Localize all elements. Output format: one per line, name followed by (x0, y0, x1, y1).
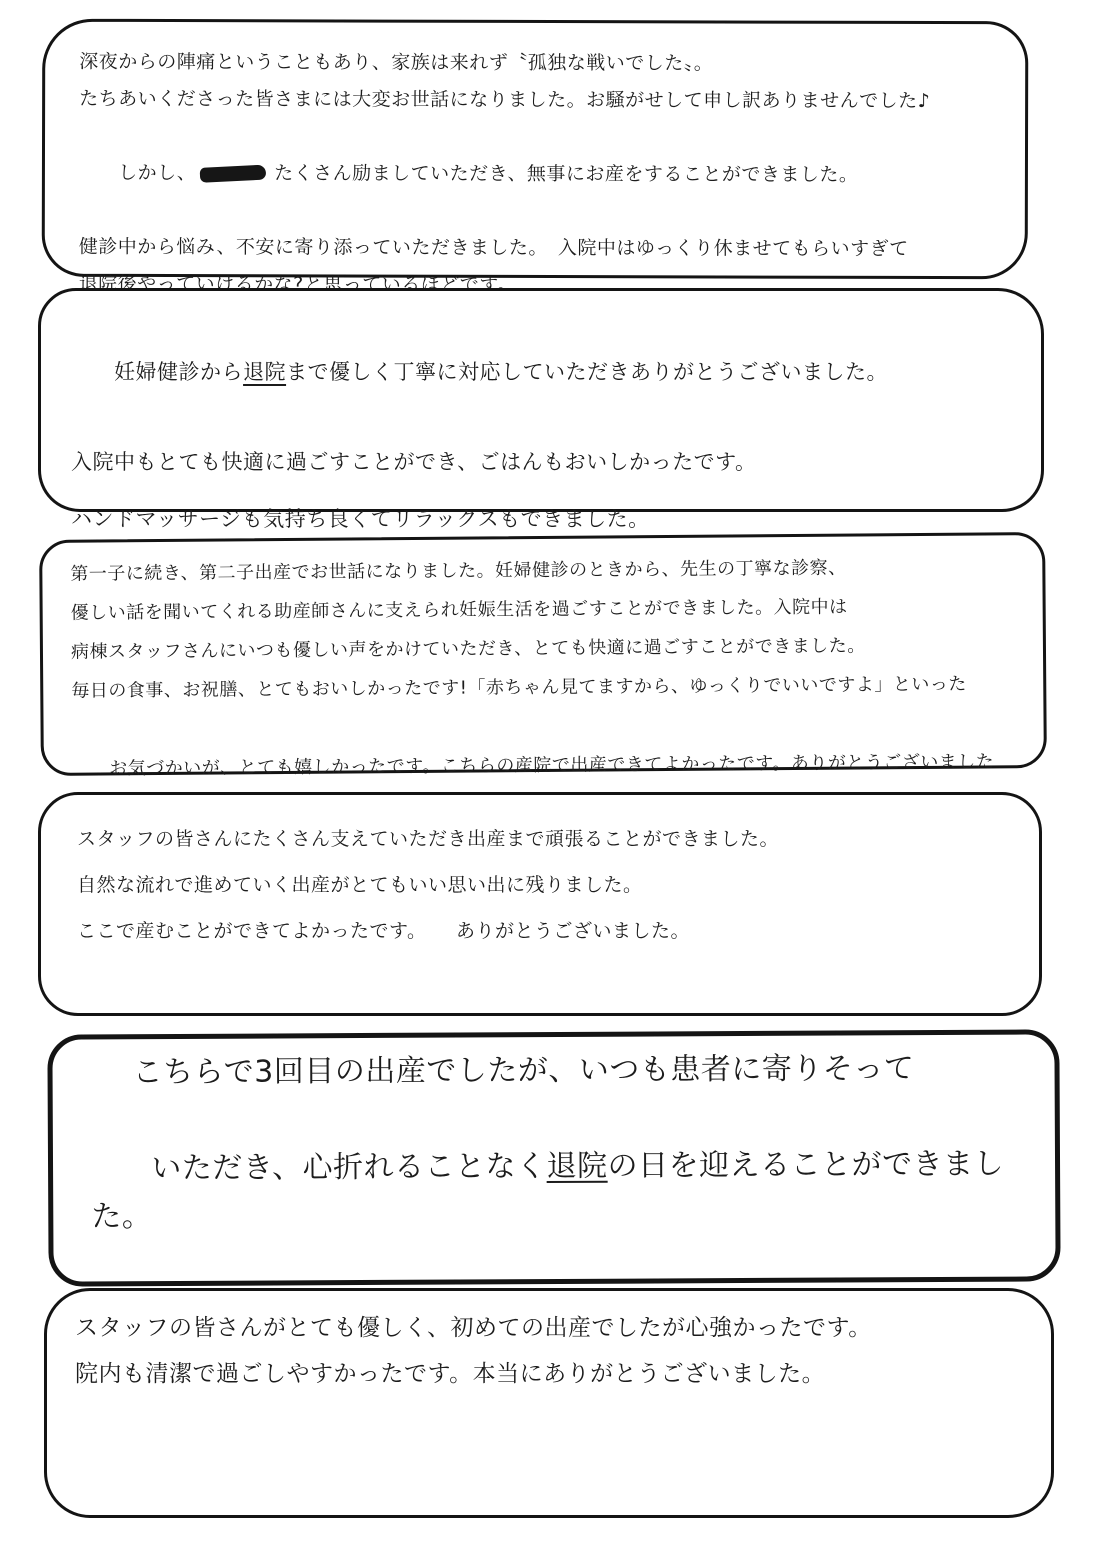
note-line: 自然な流れで進めていく出産がとてもいい思い出に残りました。 (77, 863, 1003, 907)
note-line: スタッフの皆さんにたくさん支えていただき出産まで頑張ることができました。 (77, 817, 1003, 861)
note-line: たちあいくださった皆さまには大変お世話になりました。お騒がせして申し訳ありません… (79, 81, 991, 120)
scribbled-out-word (200, 165, 267, 183)
note-line: 深夜からの陣痛ということもあり、家族は来れず〝孤独な戦いでした〟。 (79, 44, 991, 83)
underlined-word: 退院 (546, 1149, 607, 1184)
note-line: 入院中もとても快適に過ごすことができ、ごはんもおいしかったです。 (71, 440, 1011, 485)
note-line: ここで産むことができてよかったです。 ありがとうございました。 (77, 909, 1003, 953)
note-line-segment: お気づかいが、とても嬉しかったです。こちらの産院で出産できてよかったです。ありが… (109, 751, 994, 779)
testimonial-note-3: 第一子に続き、第二子出産でお世話になりました。妊婦健診のときから、先生の丁寧な診… (39, 532, 1047, 776)
feedback-sheet-page: 深夜からの陣痛ということもあり、家族は来れず〝孤独な戦いでした〟。 たちあいくだ… (0, 0, 1096, 1552)
note-line: 妊婦健診から退院まで優しく丁寧に対応していただきありがとうございました。 (71, 305, 1011, 440)
note-line: 毎日の食事、お祝膳、とてもおいしかったです!「赤ちゃん見てますから、ゆっくりでい… (71, 664, 1015, 710)
note-line: しかし、たくさん励ましていただき、無事にお産をすることができました。 (79, 118, 991, 231)
testimonial-note-5: こちらで3回目の出産でしたが、いつも患者に寄りそって いただき、心折れることなく… (47, 1029, 1060, 1286)
note-line: こちらで3回目の出産でしたが、いつも患者に寄りそって (90, 1045, 1016, 1098)
note-line-segment: まで優しく丁寧に対応していただきありがとうございました。 (286, 360, 888, 384)
note-line: いただき、心折れることなく退院の日を迎えることができました。 (91, 1093, 1018, 1290)
note-line-segment: しかし、 (118, 162, 196, 184)
note-line: 健診中から悩み、不安に寄り添っていただきました。 入院中はゆっくり休ませてもらい… (79, 229, 991, 268)
note-line-segment: たくさん励ましていただき、無事にお産をすることができました。 (274, 162, 858, 186)
note-line: 院内も清潔で過ごしやすかったです。本当にありがとうございました。 (75, 1351, 1023, 1397)
testimonial-note-4: スタッフの皆さんにたくさん支えていただき出産まで頑張ることができました。 自然な… (38, 792, 1042, 1016)
testimonial-note-6: スタッフの皆さんがとても優しく、初めての出産でしたが心強かったです。 院内も清潔… (44, 1288, 1054, 1518)
note-line-segment: いただき、心折れることなく (151, 1149, 546, 1186)
testimonial-note-2: 妊婦健診から退院まで優しく丁寧に対応していただきありがとうございました。 入院中… (38, 288, 1044, 512)
note-line-segment: 妊婦健診から (114, 360, 243, 384)
testimonial-note-1: 深夜からの陣痛ということもあり、家族は来れず〝孤独な戦いでした〟。 たちあいくだ… (42, 19, 1029, 280)
note-line: スタッフの皆さんがとても優しく、初めての出産でしたが心強かったです。 (75, 1305, 1023, 1351)
underlined-word: 退院 (243, 360, 286, 384)
